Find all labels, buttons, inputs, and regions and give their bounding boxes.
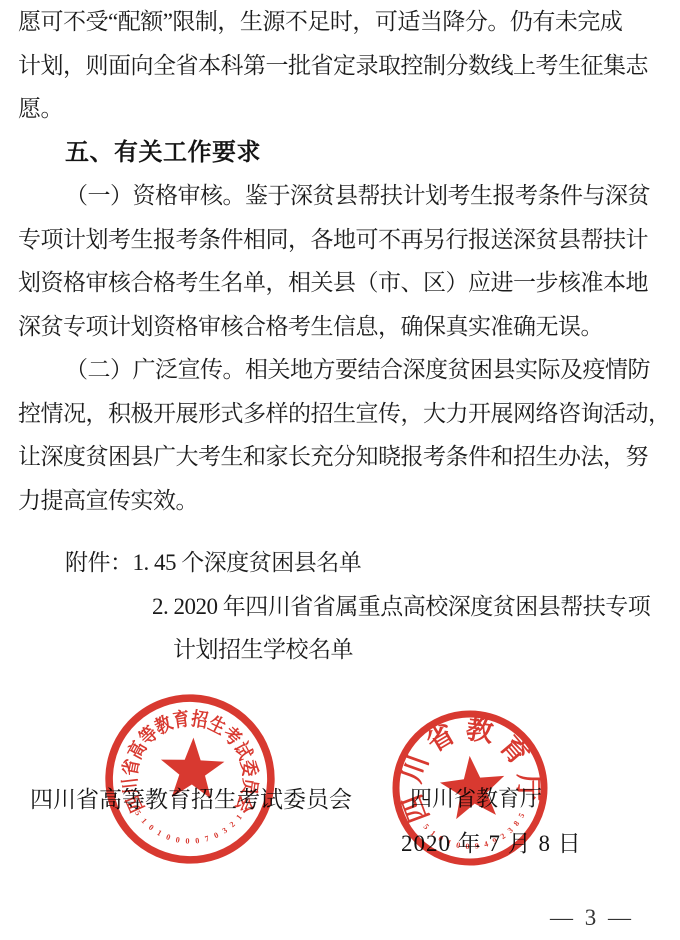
body-line: 计划，则面向全省本科第一批省定录取控制分数线上考生征集志 [18, 44, 668, 88]
body-text: 愿可不受“配额”限制，生源不足时，可适当降分。仍有未完成 计划，则面向全省本科第… [18, 0, 668, 672]
official-seal-left-icon: 四川省高等教育招生考试委员会 5101000070321 [96, 685, 284, 873]
paragraph-line: 专项计划考生报考条件相同，各地可不再另行报送深贫县帮扶计 [18, 218, 668, 262]
attachments-list: 附件：1. 45 个深度贫困县名单 2. 2020 年四川省省属重点高校深度贫困… [18, 541, 668, 672]
paragraph-line: 控情况，积极开展形式多样的招生宣传，大力开展网络咨询活动， [18, 392, 668, 436]
paragraph-line: 力提高宣传实效。 [18, 479, 668, 523]
attachment-line: 2. 2020 年四川省省属重点高校深度贫困县帮扶专项 [18, 585, 668, 629]
paragraph-line: （一）资格审核。鉴于深贫县帮扶计划考生报考条件与深贫 [18, 174, 668, 218]
seal-star-icon [160, 737, 226, 800]
seal-star-icon [438, 752, 509, 820]
paragraph-line: 深贫专项计划资格审核合格考生信息，确保真实准确无误。 [18, 305, 668, 349]
page-number: — 3 — [550, 905, 634, 931]
official-seal-right-icon: 四川省教育厅 5101009492385 [380, 698, 560, 878]
attachment-line: 附件：1. 45 个深度贫困县名单 [18, 541, 668, 585]
paragraph-line: （二）广泛宣传。相关地方要结合深度贫困县实际及疫情防 [18, 348, 668, 392]
section-heading: 五、有关工作要求 [18, 131, 668, 175]
attachment-line: 计划招生学校名单 [18, 628, 668, 672]
body-line: 愿。 [18, 87, 668, 131]
paragraph-line: 划资格审核合格考生名单，相关县（市、区）应进一步核准本地 [18, 261, 668, 305]
body-line: 愿可不受“配额”限制，生源不足时，可适当降分。仍有未完成 [18, 0, 668, 44]
paragraph-line: 让深度贫困县广大考生和家长充分知晓报考条件和招生办法，努 [18, 435, 668, 479]
document-page: 愿可不受“配额”限制，生源不足时，可适当降分。仍有未完成 计划，则面向全省本科第… [0, 0, 680, 940]
seal-serial-number: 5101000070321 [132, 808, 245, 847]
